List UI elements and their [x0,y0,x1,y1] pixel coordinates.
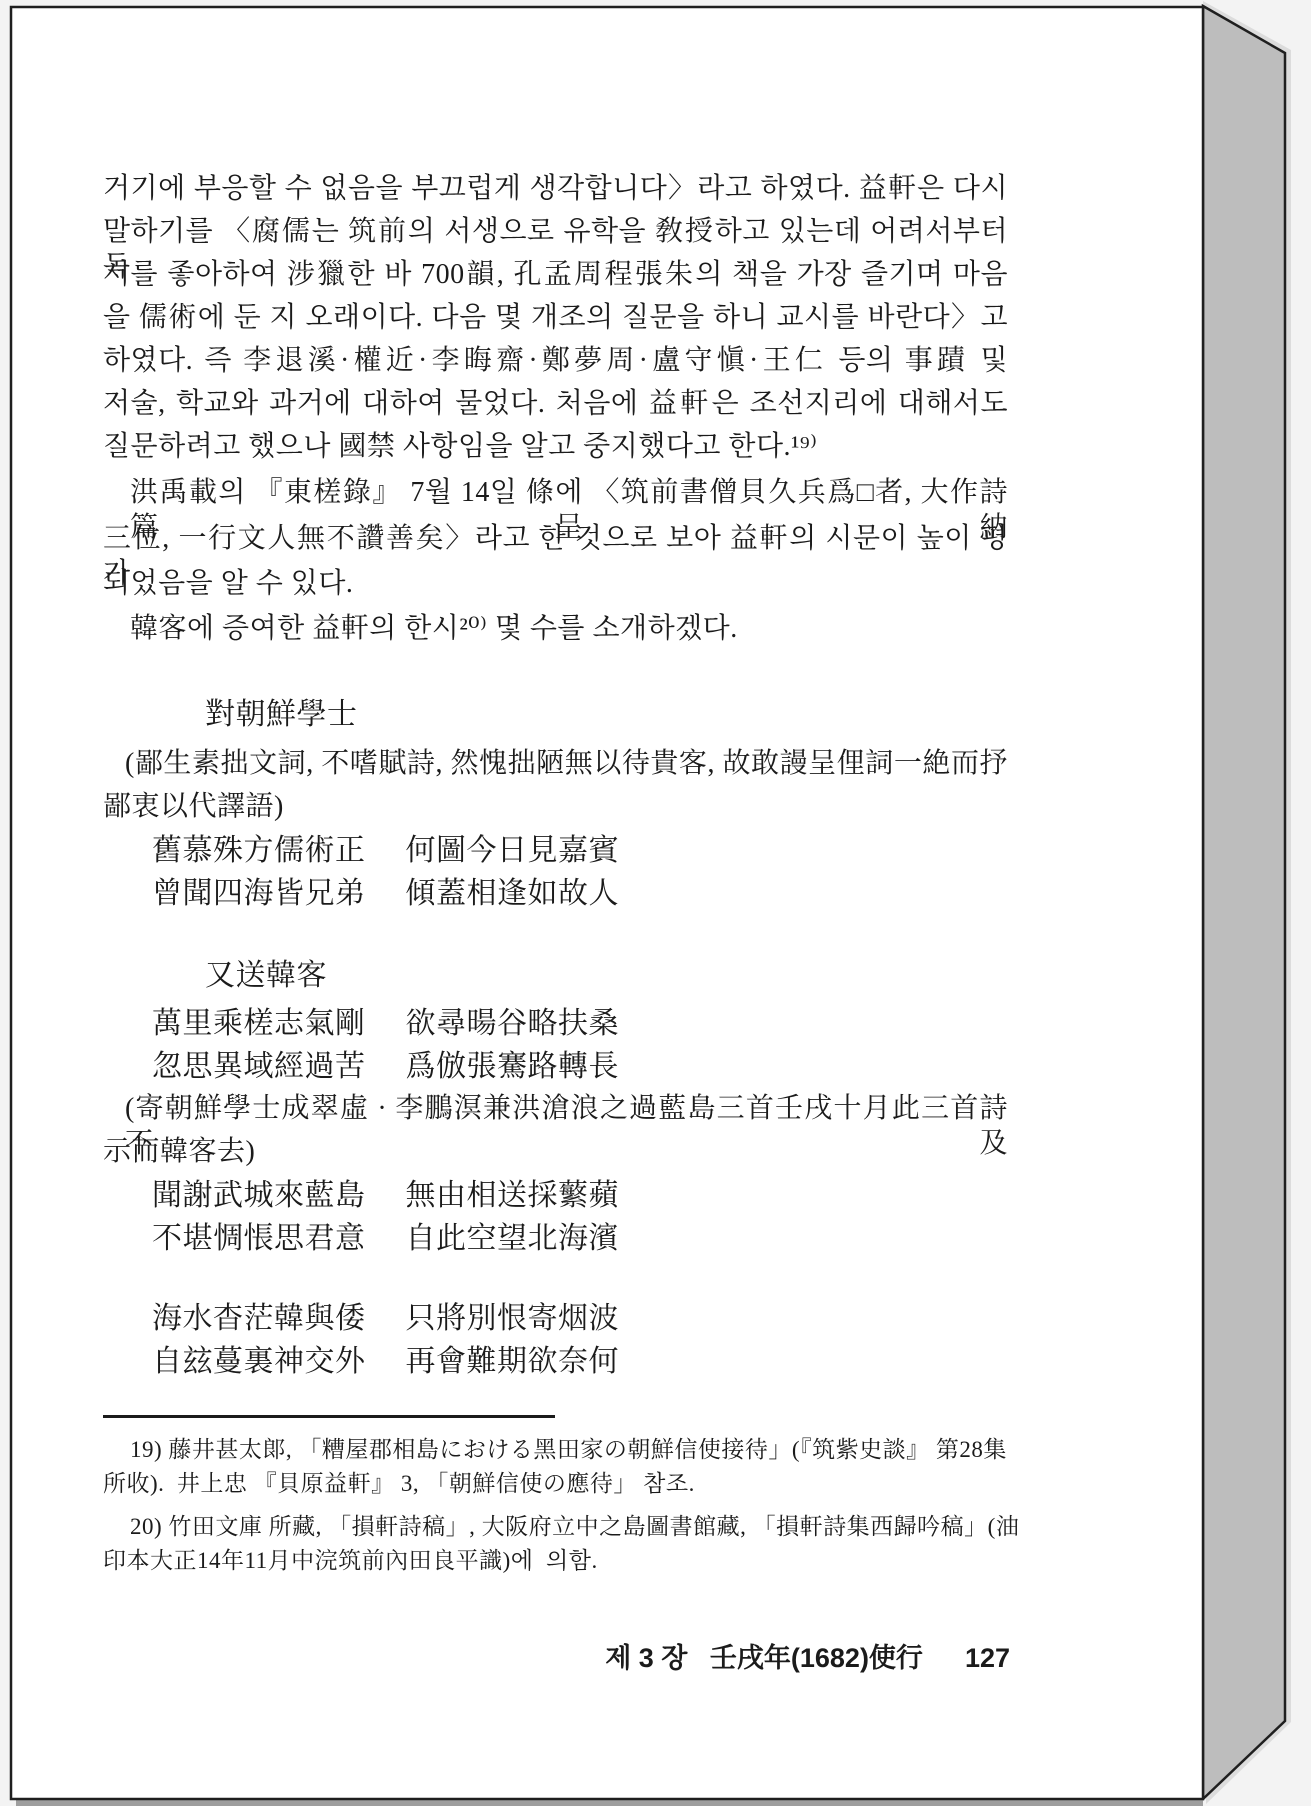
poem-line: 忽思異域經過苦 爲倣張騫路轉長 [152,1048,619,1086]
poem-line: 不堪惆悵思君意 自此空望北海濱 [152,1220,619,1258]
footnote-line: 19) 藤井甚太郞, 「糟屋郡相島における黑田家の朝鮮信使接待」(『筑紫史談』 … [130,1436,1007,1465]
poem-note-line: 示而韓客去) [103,1134,255,1169]
poem-line: 海水杳茫韓與倭 只將別恨寄烟波 [152,1300,619,1338]
poem-line: 自玆蔓裏神交外 再會難期欲奈何 [152,1343,619,1381]
chapter-title: 제 3 장 壬戌年(1682)使行 [605,1643,923,1673]
body-line: 韓客에 증여한 益軒의 한시²⁰⁾ 몇 수를 소개하겠다. [130,611,738,646]
footnote-line: 所收). 井上忠 『貝原益軒』 3, 「朝鮮信使の應待」 참조. [103,1470,695,1499]
body-line: 되었음을 알 수 있다. [103,566,353,601]
poem-note-line: 鄙衷以代譯語) [103,789,284,824]
poem-title: 又送韓客 [205,957,327,995]
poem-note-line: (鄙生素拙文詞, 不嗜賦詩, 然愧拙陋無以待貴客, 故敢謾呈俚詞一絶而抒 [125,746,1008,781]
poem-line: 萬里乘槎志氣剛 欲尋暘谷略扶桑 [152,1005,619,1043]
page-text-layer: 거기에 부응할 수 없음을 부끄럽게 생각합니다〉라고 하였다. 益軒은 다시말… [0,0,1311,1806]
body-line: 저술, 학교와 과거에 대하여 물었다. 처음에 益軒은 조선지리에 대해서도 [103,386,1008,421]
poem-note-line: (寄朝鮮學士成翠虛 · 李鵬溟兼洪滄浪之過藍島三首壬戌十月此三首詩不及 [125,1091,1008,1161]
body-line: 질문하려고 했으나 國禁 사항임을 알고 중지했다고 한다.¹⁹⁾ [103,429,818,464]
page-footer: 제 3 장 壬戌年(1682)使行127 [103,1605,1010,1706]
poem-line: 舊慕殊方儒術正 何圖今日見嘉賓 [152,832,619,870]
body-line: 거기에 부응할 수 없음을 부끄럽게 생각합니다〉라고 하였다. 益軒은 다시 [103,171,1008,206]
poem-line: 曾聞四海皆兄弟 傾蓋相逢如故人 [152,875,619,913]
poem-title: 對朝鮮學士 [205,696,358,734]
page-number: 127 [965,1643,1010,1673]
body-line: 서를 좋아하여 涉獵한 바 700韻, 孔孟周程張朱의 책을 가장 즐기며 마음 [103,257,1008,292]
footnote-line: 印本大正14年11月中浣筑前內田良平識)에 의함. [103,1547,598,1576]
scanned-page-stage: 거기에 부응할 수 없음을 부끄럽게 생각합니다〉라고 하였다. 益軒은 다시말… [0,0,1311,1806]
footnote-separator [103,1415,555,1418]
body-line: 을 儒術에 둔 지 오래이다. 다음 몇 개조의 질문을 하니 교시를 바란다〉… [103,300,1008,335]
poem-line: 聞謝武城來藍島 無由相送採蘩蘋 [152,1177,619,1215]
body-line: 하였다. 즉 李退溪·權近·李晦齋·鄭夢周·盧守愼·王仁 등의 事蹟 및 [103,343,1008,378]
footnote-line: 20) 竹田文庫 所藏, 「損軒詩稿」, 大阪府立中之島圖書館藏, 「損軒詩集西… [130,1513,1019,1542]
